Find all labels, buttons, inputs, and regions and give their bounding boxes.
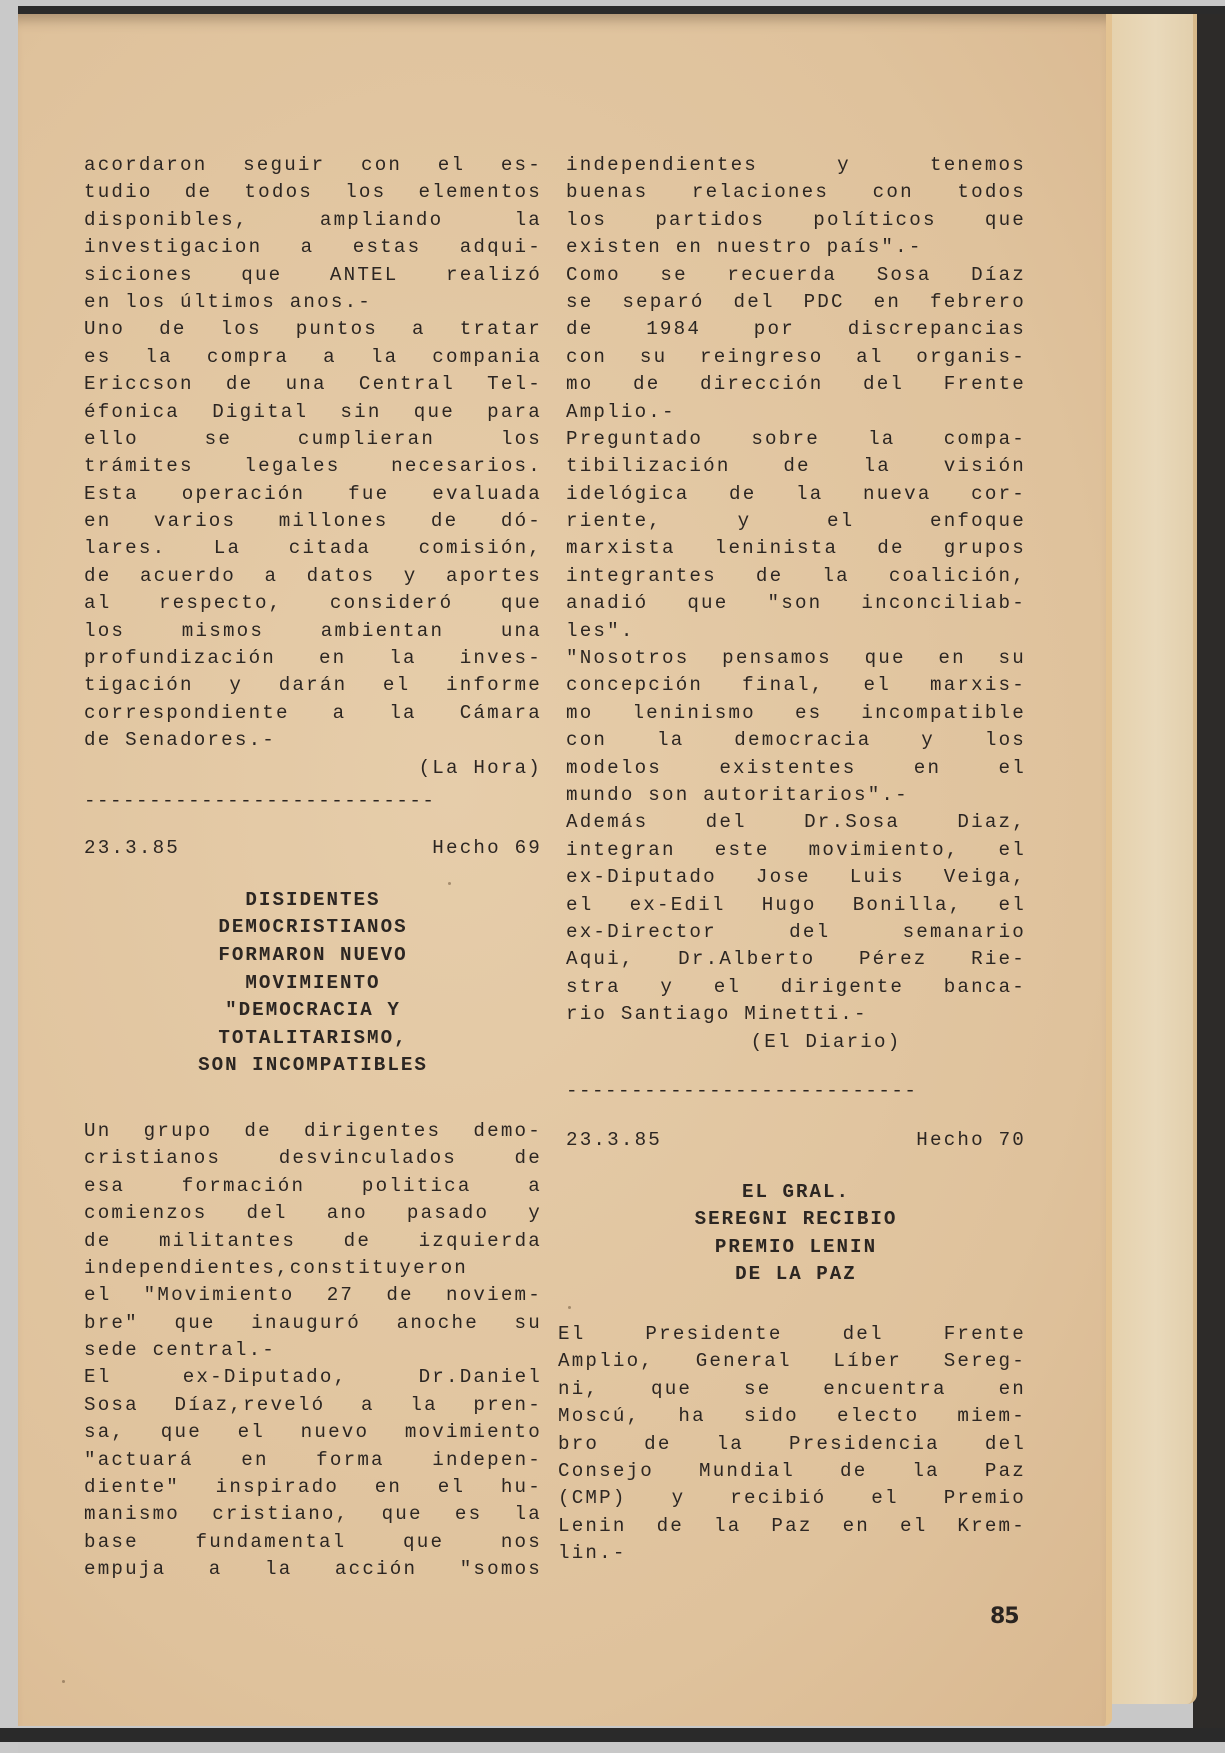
text-line: rio Santiago Minetti.- [566, 1001, 1026, 1028]
text-line: les". [566, 618, 1026, 645]
text-line: sede central.- [84, 1337, 542, 1364]
text-line: en varios millones de dó- [84, 508, 542, 535]
text-line: anadió que "son inconciliab- [566, 590, 1026, 617]
text-line: con la democracia y los [566, 727, 1026, 754]
text-line: los partidos políticos que [566, 207, 1026, 234]
text-line: ex-Diputado Jose Luis Veiga, [566, 864, 1026, 891]
scan-edge-bottom [0, 1728, 1225, 1742]
text-line: Esta operación fue evaluada [84, 481, 542, 508]
text-line: éfonica Digital sin que para [84, 399, 542, 426]
text-line: de Senadores.- [84, 727, 542, 754]
source-attribution: (El Diario) [566, 1029, 1026, 1056]
text-line: el "Movimiento 27 de noviem- [84, 1282, 542, 1309]
text-line: siciones que ANTEL realizó [84, 262, 542, 289]
article-headline: EL GRAL. SEREGNI RECIBIO PREMIO LENIN DE… [566, 1179, 1026, 1289]
article-dateline: 23.3.85 Hecho 70 [566, 1127, 1026, 1154]
article-dateline: 23.3.85 Hecho 69 [84, 835, 542, 862]
article-divider: --------------------------- [566, 1078, 1026, 1105]
text-line: Además del Dr.Sosa Diaz, [566, 809, 1026, 836]
text-line: "actuará en forma indepen- [84, 1447, 542, 1474]
text-line: mo leninismo es incompatible [566, 700, 1026, 727]
text-line: el ex-Edil Hugo Bonilla, el [566, 892, 1026, 919]
article-body: El Presidente del Frente Amplio, General… [558, 1321, 1026, 1568]
text-line: Consejo Mundial de la Paz [558, 1458, 1026, 1485]
text-line: cristianos desvinculados de [84, 1145, 542, 1172]
text-line: disponibles, ampliando la [84, 207, 542, 234]
text-line: acordaron seguir con el es- [84, 152, 542, 179]
text-line: comienzos del ano pasado y [84, 1200, 542, 1227]
text-line: ex-Director del semanario [566, 919, 1026, 946]
text-line: stra y el dirigente banca- [566, 974, 1026, 1001]
scan-edge-right [1193, 14, 1225, 1741]
article-date: 23.3.85 [566, 1127, 662, 1154]
text-line: El Presidente del Frente [558, 1321, 1026, 1348]
right-column: independientes y tenemos buenas relacion… [566, 152, 1026, 1568]
scan-background-left [0, 0, 18, 1753]
text-line: con su reingreso al organis- [566, 344, 1026, 371]
text-line: bre" que inauguró anoche su [84, 1310, 542, 1337]
scan-edge-top [18, 6, 1225, 14]
text-line: ello se cumplieran los [84, 426, 542, 453]
text-line: de 1984 por discrepancias [566, 316, 1026, 343]
text-line: lin.- [558, 1540, 1026, 1567]
continued-paragraph: independientes y tenemos buenas relacion… [566, 152, 1026, 1029]
article-date: 23.3.85 [84, 835, 180, 862]
text-line: sa, que el nuevo movimiento [84, 1419, 542, 1446]
text-line: diente" inspirado en el hu- [84, 1474, 542, 1501]
text-line: integran este movimiento, el [566, 837, 1026, 864]
text-line: marxista leninista de grupos [566, 535, 1026, 562]
text-line: integrantes de la coalición, [566, 563, 1026, 590]
text-line: de acuerdo a datos y aportes [84, 563, 542, 590]
text-line: ni, que se encuentra en [558, 1376, 1026, 1403]
text-line: tudio de todos los elementos [84, 179, 542, 206]
left-column: acordaron seguir con el es- tudio de tod… [84, 152, 542, 1584]
continued-paragraph: acordaron seguir con el es- tudio de tod… [84, 152, 542, 755]
underlying-page-edge [1100, 14, 1197, 1704]
text-line: Moscú, ha sido electo miem- [558, 1403, 1026, 1430]
text-line: independientes,constituyeron [84, 1255, 542, 1282]
text-line: base fundamental que nos [84, 1529, 542, 1556]
text-line: bro de la Presidencia del [558, 1431, 1026, 1458]
text-line: Amplio.- [566, 399, 1026, 426]
text-line: idelógica de la nueva cor- [566, 481, 1026, 508]
text-line: empuja a la acción "somos [84, 1556, 542, 1583]
text-line: Como se recuerda Sosa Díaz [566, 262, 1026, 289]
text-line: trámites legales necesarios. [84, 453, 542, 480]
paper-speck [62, 1680, 65, 1683]
text-line: "Nosotros pensamos que en su [566, 645, 1026, 672]
text-line: Ericcson de una Central Tel- [84, 371, 542, 398]
text-line: mundo son autoritarios".- [566, 782, 1026, 809]
page-number: 85 [990, 1604, 1019, 1629]
text-line: es la compra a la compania [84, 344, 542, 371]
text-line: manismo cristiano, que es la [84, 1501, 542, 1528]
article-headline: DISIDENTES DEMOCRISTIANOS FORMARON NUEVO… [84, 887, 542, 1080]
text-line: independientes y tenemos [566, 152, 1026, 179]
text-line: existen en nuestro país".- [566, 234, 1026, 261]
article-number: Hecho 69 [432, 835, 542, 862]
text-line: riente, y el enfoque [566, 508, 1026, 535]
text-line: (CMP) y recibió el Premio [558, 1485, 1026, 1512]
text-line: los mismos ambientan una [84, 618, 542, 645]
text-line: al respecto, consideró que [84, 590, 542, 617]
article-divider: --------------------------- [84, 788, 542, 815]
text-line: concepción final, el marxis- [566, 672, 1026, 699]
text-line: buenas relaciones con todos [566, 179, 1026, 206]
article-number: Hecho 70 [916, 1127, 1026, 1154]
text-line: correspondiente a la Cámara [84, 700, 542, 727]
text-line: profundización en la inves- [84, 645, 542, 672]
text-line: Lenin de la Paz en el Krem- [558, 1513, 1026, 1540]
text-line: tibilización de la visión [566, 453, 1026, 480]
text-line: Uno de los puntos a tratar [84, 316, 542, 343]
text-line: Amplio, General Líber Sereg- [558, 1348, 1026, 1375]
source-attribution: (La Hora) [84, 755, 542, 782]
text-line: investigacion a estas adqui- [84, 234, 542, 261]
text-line: modelos existentes en el [566, 755, 1026, 782]
text-line: El ex-Diputado, Dr.Daniel [84, 1364, 542, 1391]
text-line: Preguntado sobre la compa- [566, 426, 1026, 453]
text-line: se separó del PDC en febrero [566, 289, 1026, 316]
text-line: Sosa Díaz,reveló a la pren- [84, 1392, 542, 1419]
text-line: lares. La citada comisión, [84, 535, 542, 562]
text-line: Un grupo de dirigentes demo- [84, 1118, 542, 1145]
text-line: de militantes de izquierda [84, 1228, 542, 1255]
text-line: Aqui, Dr.Alberto Pérez Rie- [566, 946, 1026, 973]
text-line: esa formación politica a [84, 1173, 542, 1200]
text-line: tigación y darán el informe [84, 672, 542, 699]
text-line: mo de dirección del Frente [566, 371, 1026, 398]
text-line: en los últimos anos.- [84, 289, 542, 316]
article-body: Un grupo de dirigentes demo- cristianos … [84, 1118, 542, 1584]
